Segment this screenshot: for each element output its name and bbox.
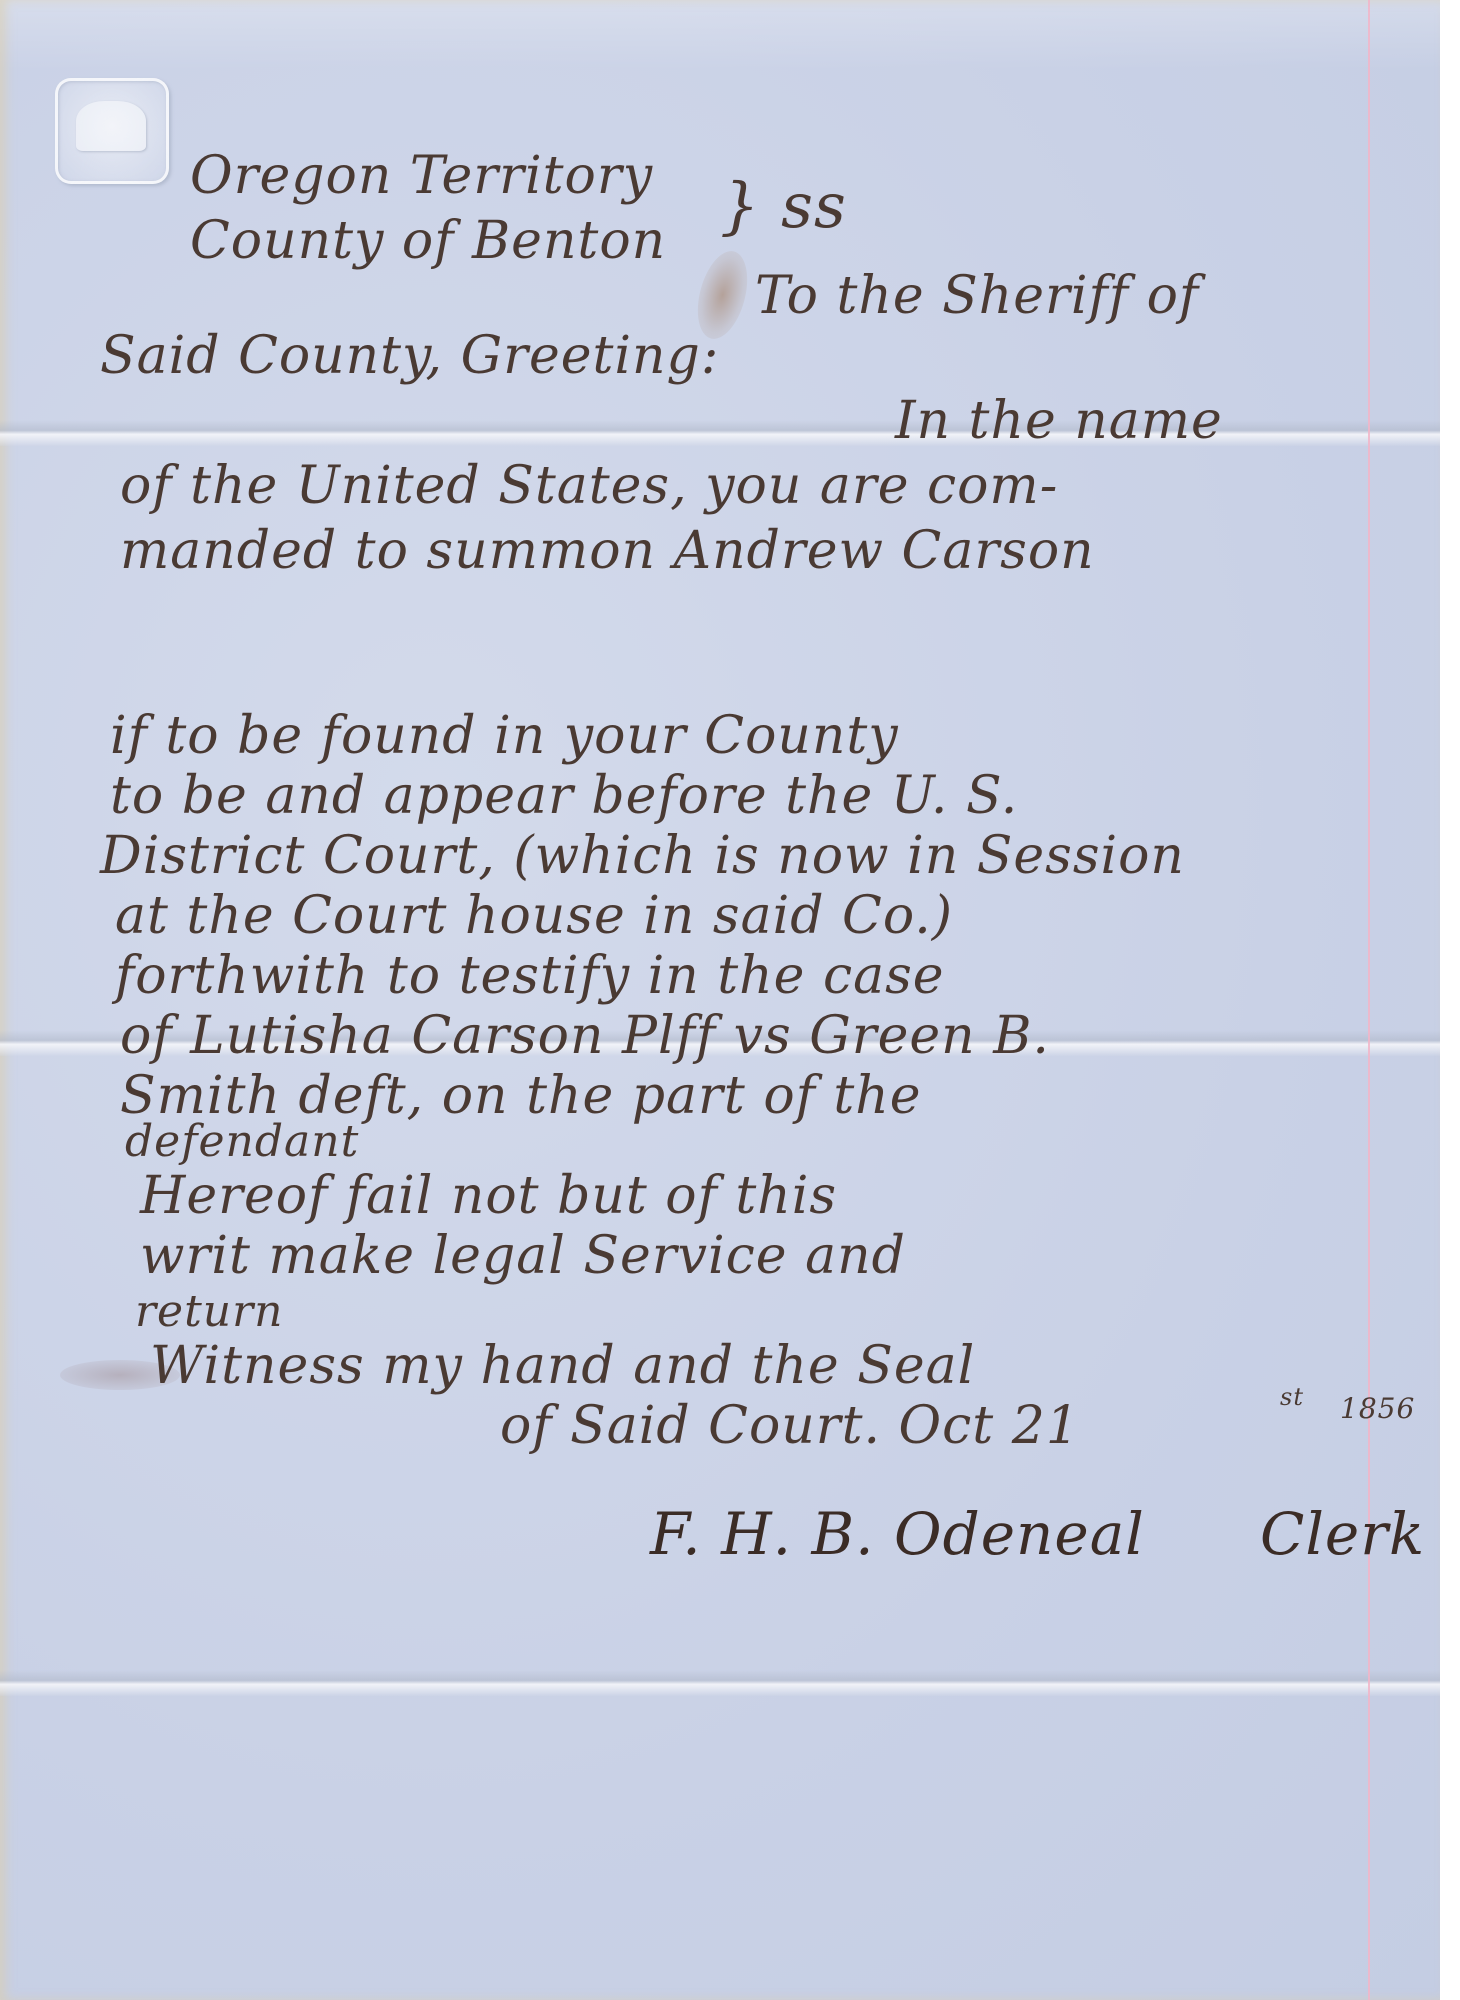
signature-title: Clerk [1260, 1505, 1425, 1563]
body-line: District Court, (which is now in Session [100, 830, 1185, 882]
body-line: Witness my hand and the Seal [150, 1340, 975, 1392]
body-line: defendant [125, 1120, 359, 1164]
body-line: forthwith to testify in the case [115, 950, 945, 1002]
date-year: 1856 [1340, 1395, 1415, 1423]
body-line: if to be found in your County [110, 710, 899, 762]
body-line: writ make legal Service and [140, 1230, 906, 1282]
heading-county: County of Benton [190, 215, 666, 267]
body-line: Hereof fail not but of this [140, 1170, 837, 1222]
body-line: to be and appear before the U. S. [110, 770, 1018, 822]
body-line: at the Court house in said Co.) [115, 890, 953, 942]
seal-emblem [76, 101, 146, 151]
body-line: manded to summon Andrew Carson [120, 525, 1095, 577]
heading-bracket: } ss [720, 175, 847, 237]
paper-fold [0, 420, 1440, 446]
body-line: Smith deft, on the part of the [120, 1070, 922, 1122]
margin-line [1368, 0, 1370, 2000]
heading-territory: Oregon Territory [190, 150, 653, 202]
body-line: of Said Court. Oct 21 [500, 1400, 1080, 1452]
date-day-suffix: st [1280, 1385, 1304, 1409]
salutation-line2: Said County, Greeting: [100, 330, 719, 382]
paper-fold [0, 1670, 1440, 1696]
body-line: of the United States, you are com- [120, 460, 1058, 512]
body-line: of Lutisha Carson Plff vs Green B. [120, 1010, 1050, 1062]
embossed-seal-icon [55, 78, 169, 184]
signature-name: F. H. B. Odeneal [650, 1505, 1145, 1563]
body-line: return [135, 1290, 283, 1334]
body-line: In the name [895, 395, 1223, 447]
salutation-line1: To the Sheriff of [755, 270, 1199, 322]
